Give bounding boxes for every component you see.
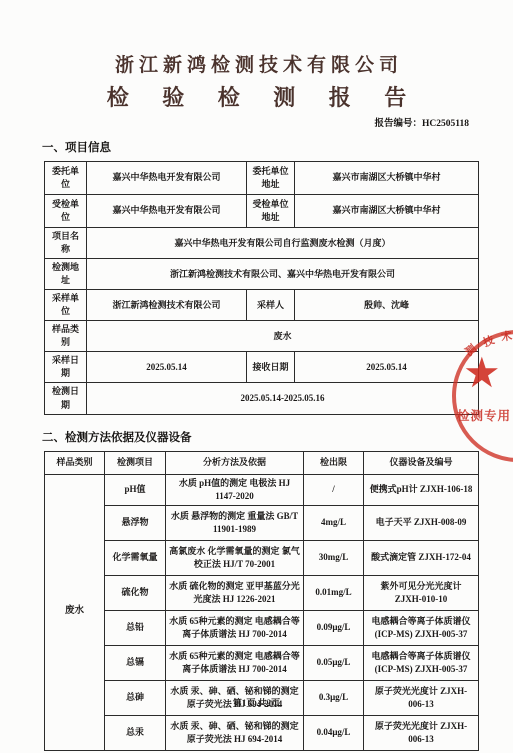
table-method-cell: 高氯废水 化学需氧量的测定 氯气校正法 HJ/T 70-2001 [166, 540, 304, 575]
company-name: 浙江新鸿检测技术有限公司 [0, 50, 513, 77]
table-item-cell: 化学需氧量 [105, 540, 166, 575]
table-value-cell: 殷帅、沈峰 [295, 290, 479, 321]
project-info-table: 委托单位嘉兴中华热电开发有限公司委托单位地址嘉兴市南湖区大桥镇中华村受检单位嘉兴… [44, 161, 479, 415]
table-row: 委托单位嘉兴中华热电开发有限公司委托单位地址嘉兴市南湖区大桥镇中华村 [45, 162, 479, 195]
table-value-cell: 2025.05.14 [295, 352, 479, 383]
table-value-cell: 嘉兴中华热电开发有限公司自行监测废水检测（月度） [87, 228, 479, 259]
table-label-cell: 接收日期 [247, 352, 295, 383]
table-method-cell: 水质 65种元素的测定 电感耦合等离子体质谱法 HJ 700-2014 [166, 610, 304, 645]
table-instrument-cell: 电感耦合等离子体质谱仪(ICP-MS) ZJXH-005-37 [364, 610, 479, 645]
table-instrument-cell: 便携式pH计 ZJXH-106-18 [364, 474, 479, 505]
table-row: 检测日期2025.05.14-2025.05.16 [45, 383, 479, 414]
table-label-cell: 采样日期 [45, 352, 87, 383]
project-info-table-body: 委托单位嘉兴中华热电开发有限公司委托单位地址嘉兴市南湖区大桥镇中华村受检单位嘉兴… [45, 162, 479, 415]
table-row: 采样单位浙江新鸿检测技术有限公司采样人殷帅、沈峰 [45, 290, 479, 321]
table-limit-cell: / [304, 474, 364, 505]
section-heading-project-info: 一、项目信息 [42, 139, 513, 155]
table-value-cell: 废水 [87, 321, 479, 352]
table-limit-cell: 0.04μg/L [304, 715, 364, 750]
table-limit-cell: 30mg/L [304, 540, 364, 575]
table-item-cell: 悬浮物 [105, 505, 166, 540]
table-value-cell: 嘉兴市南湖区大桥镇中华村 [295, 195, 479, 228]
seal-ring-char: 技 [480, 332, 496, 351]
table-value-cell: 2025.05.14 [87, 352, 247, 383]
table-label-cell: 样品类别 [45, 321, 87, 352]
table-instrument-cell: 电感耦合等离子体质谱仪(ICP-MS) ZJXH-005-37 [364, 645, 479, 680]
table-value-cell: 嘉兴中华热电开发有限公司 [87, 162, 247, 195]
table-row: 检测地址浙江新鸿检测技术有限公司、嘉兴中华热电开发有限公司 [45, 259, 479, 290]
table-row: 采样日期2025.05.14接收日期2025.05.14 [45, 352, 479, 383]
table-item-cell: 总汞 [105, 715, 166, 750]
table-item-cell: pH值 [105, 474, 166, 505]
table-method-cell: 水质 汞、砷、硒、铋和锑的测定 原子荧光法 HJ 694-2014 [166, 715, 304, 750]
table-row: 废水pH值水质 pH值的测定 电极法 HJ 1147-2020/便携式pH计 Z… [45, 474, 479, 505]
report-page: 浙江新鸿检测技术有限公司 检 验 检 测 报 告 报告编号：HC2505118 … [0, 0, 513, 753]
table-row: 总汞水质 汞、砷、硒、铋和锑的测定 原子荧光法 HJ 694-20140.04μ… [45, 715, 479, 750]
table-item-cell: 总镉 [105, 645, 166, 680]
table-row: 总铅水质 65种元素的测定 电感耦合等离子体质谱法 HJ 700-20140.0… [45, 610, 479, 645]
table-row: 总镉水质 65种元素的测定 电感耦合等离子体质谱法 HJ 700-20140.0… [45, 645, 479, 680]
report-number: 报告编号：HC2505118 [0, 115, 469, 129]
table-instrument-cell: 原子荧光光度计 ZJXH-006-13 [364, 715, 479, 750]
table-value-cell: 浙江新鸿检测技术有限公司、嘉兴中华热电开发有限公司 [87, 259, 479, 290]
table-value-cell: 浙江新鸿检测技术有限公司 [87, 290, 247, 321]
table-method-cell: 水质 硫化物的测定 亚甲基蓝分光光度法 HJ 1226-2021 [166, 575, 304, 610]
table-limit-cell: 0.05μg/L [304, 645, 364, 680]
table-instrument-cell: 酸式滴定管 ZJXH-172-04 [364, 540, 479, 575]
table-label-cell: 检测日期 [45, 383, 87, 414]
table-value-cell: 2025.05.14-2025.05.16 [87, 383, 479, 414]
column-header: 检测项目 [105, 451, 166, 474]
table-limit-cell: 0.01mg/L [304, 575, 364, 610]
table-item-cell: 总铅 [105, 610, 166, 645]
table-label-cell: 采样单位 [45, 290, 87, 321]
table-header-row: 样品类别检测项目分析方法及依据检出限仪器设备及编号 [45, 451, 479, 474]
table-value-cell: 嘉兴市南湖区大桥镇中华村 [295, 162, 479, 195]
table-row: 受检单位嘉兴中华热电开发有限公司受检单位地址嘉兴市南湖区大桥镇中华村 [45, 195, 479, 228]
table-instrument-cell: 电子天平 ZJXH-008-09 [364, 505, 479, 540]
table-method-cell: 水质 pH值的测定 电极法 HJ 1147-2020 [166, 474, 304, 505]
table-label-cell: 受检单位 [45, 195, 87, 228]
table-label-cell: 委托单位地址 [247, 162, 295, 195]
table-limit-cell: 4mg/L [304, 505, 364, 540]
methods-table-head: 样品类别检测项目分析方法及依据检出限仪器设备及编号 [45, 451, 479, 474]
table-label-cell: 项目名称 [45, 228, 87, 259]
table-row: 项目名称嘉兴中华热电开发有限公司自行监测废水检测（月度） [45, 228, 479, 259]
table-label-cell: 受检单位地址 [247, 195, 295, 228]
table-method-cell: 水质 悬浮物的测定 重量法 GB/T 11901-1989 [166, 505, 304, 540]
seal-ring-char: 术 [500, 327, 513, 344]
page-footer: 第1页 共2页 [0, 696, 513, 709]
table-label-cell: 采样人 [247, 290, 295, 321]
table-row: 化学需氧量高氯废水 化学需氧量的测定 氯气校正法 HJ/T 70-200130m… [45, 540, 479, 575]
table-row: 悬浮物水质 悬浮物的测定 重量法 GB/T 11901-19894mg/L电子天… [45, 505, 479, 540]
table-label-cell: 委托单位 [45, 162, 87, 195]
column-header: 样品类别 [45, 451, 105, 474]
table-row: 硫化物水质 硫化物的测定 亚甲基蓝分光光度法 HJ 1226-20210.01m… [45, 575, 479, 610]
table-item-cell: 硫化物 [105, 575, 166, 610]
table-label-cell: 检测地址 [45, 259, 87, 290]
table-limit-cell: 0.09μg/L [304, 610, 364, 645]
report-number-label: 报告编号： [375, 119, 423, 129]
table-method-cell: 水质 65种元素的测定 电感耦合等离子体质谱法 HJ 700-2014 [166, 645, 304, 680]
column-header: 检出限 [304, 451, 364, 474]
report-number-value: HC2505118 [422, 119, 469, 129]
column-header: 仪器设备及编号 [364, 451, 479, 474]
section-heading-methods: 二、检测方法依据及仪器设备 [42, 429, 513, 445]
table-instrument-cell: 紫外可见分光光度计 ZJXH-010-10 [364, 575, 479, 610]
table-row: 样品类别废水 [45, 321, 479, 352]
column-header: 分析方法及依据 [166, 451, 304, 474]
table-value-cell: 嘉兴中华热电开发有限公司 [87, 195, 247, 228]
report-title: 检 验 检 测 报 告 [0, 81, 513, 112]
